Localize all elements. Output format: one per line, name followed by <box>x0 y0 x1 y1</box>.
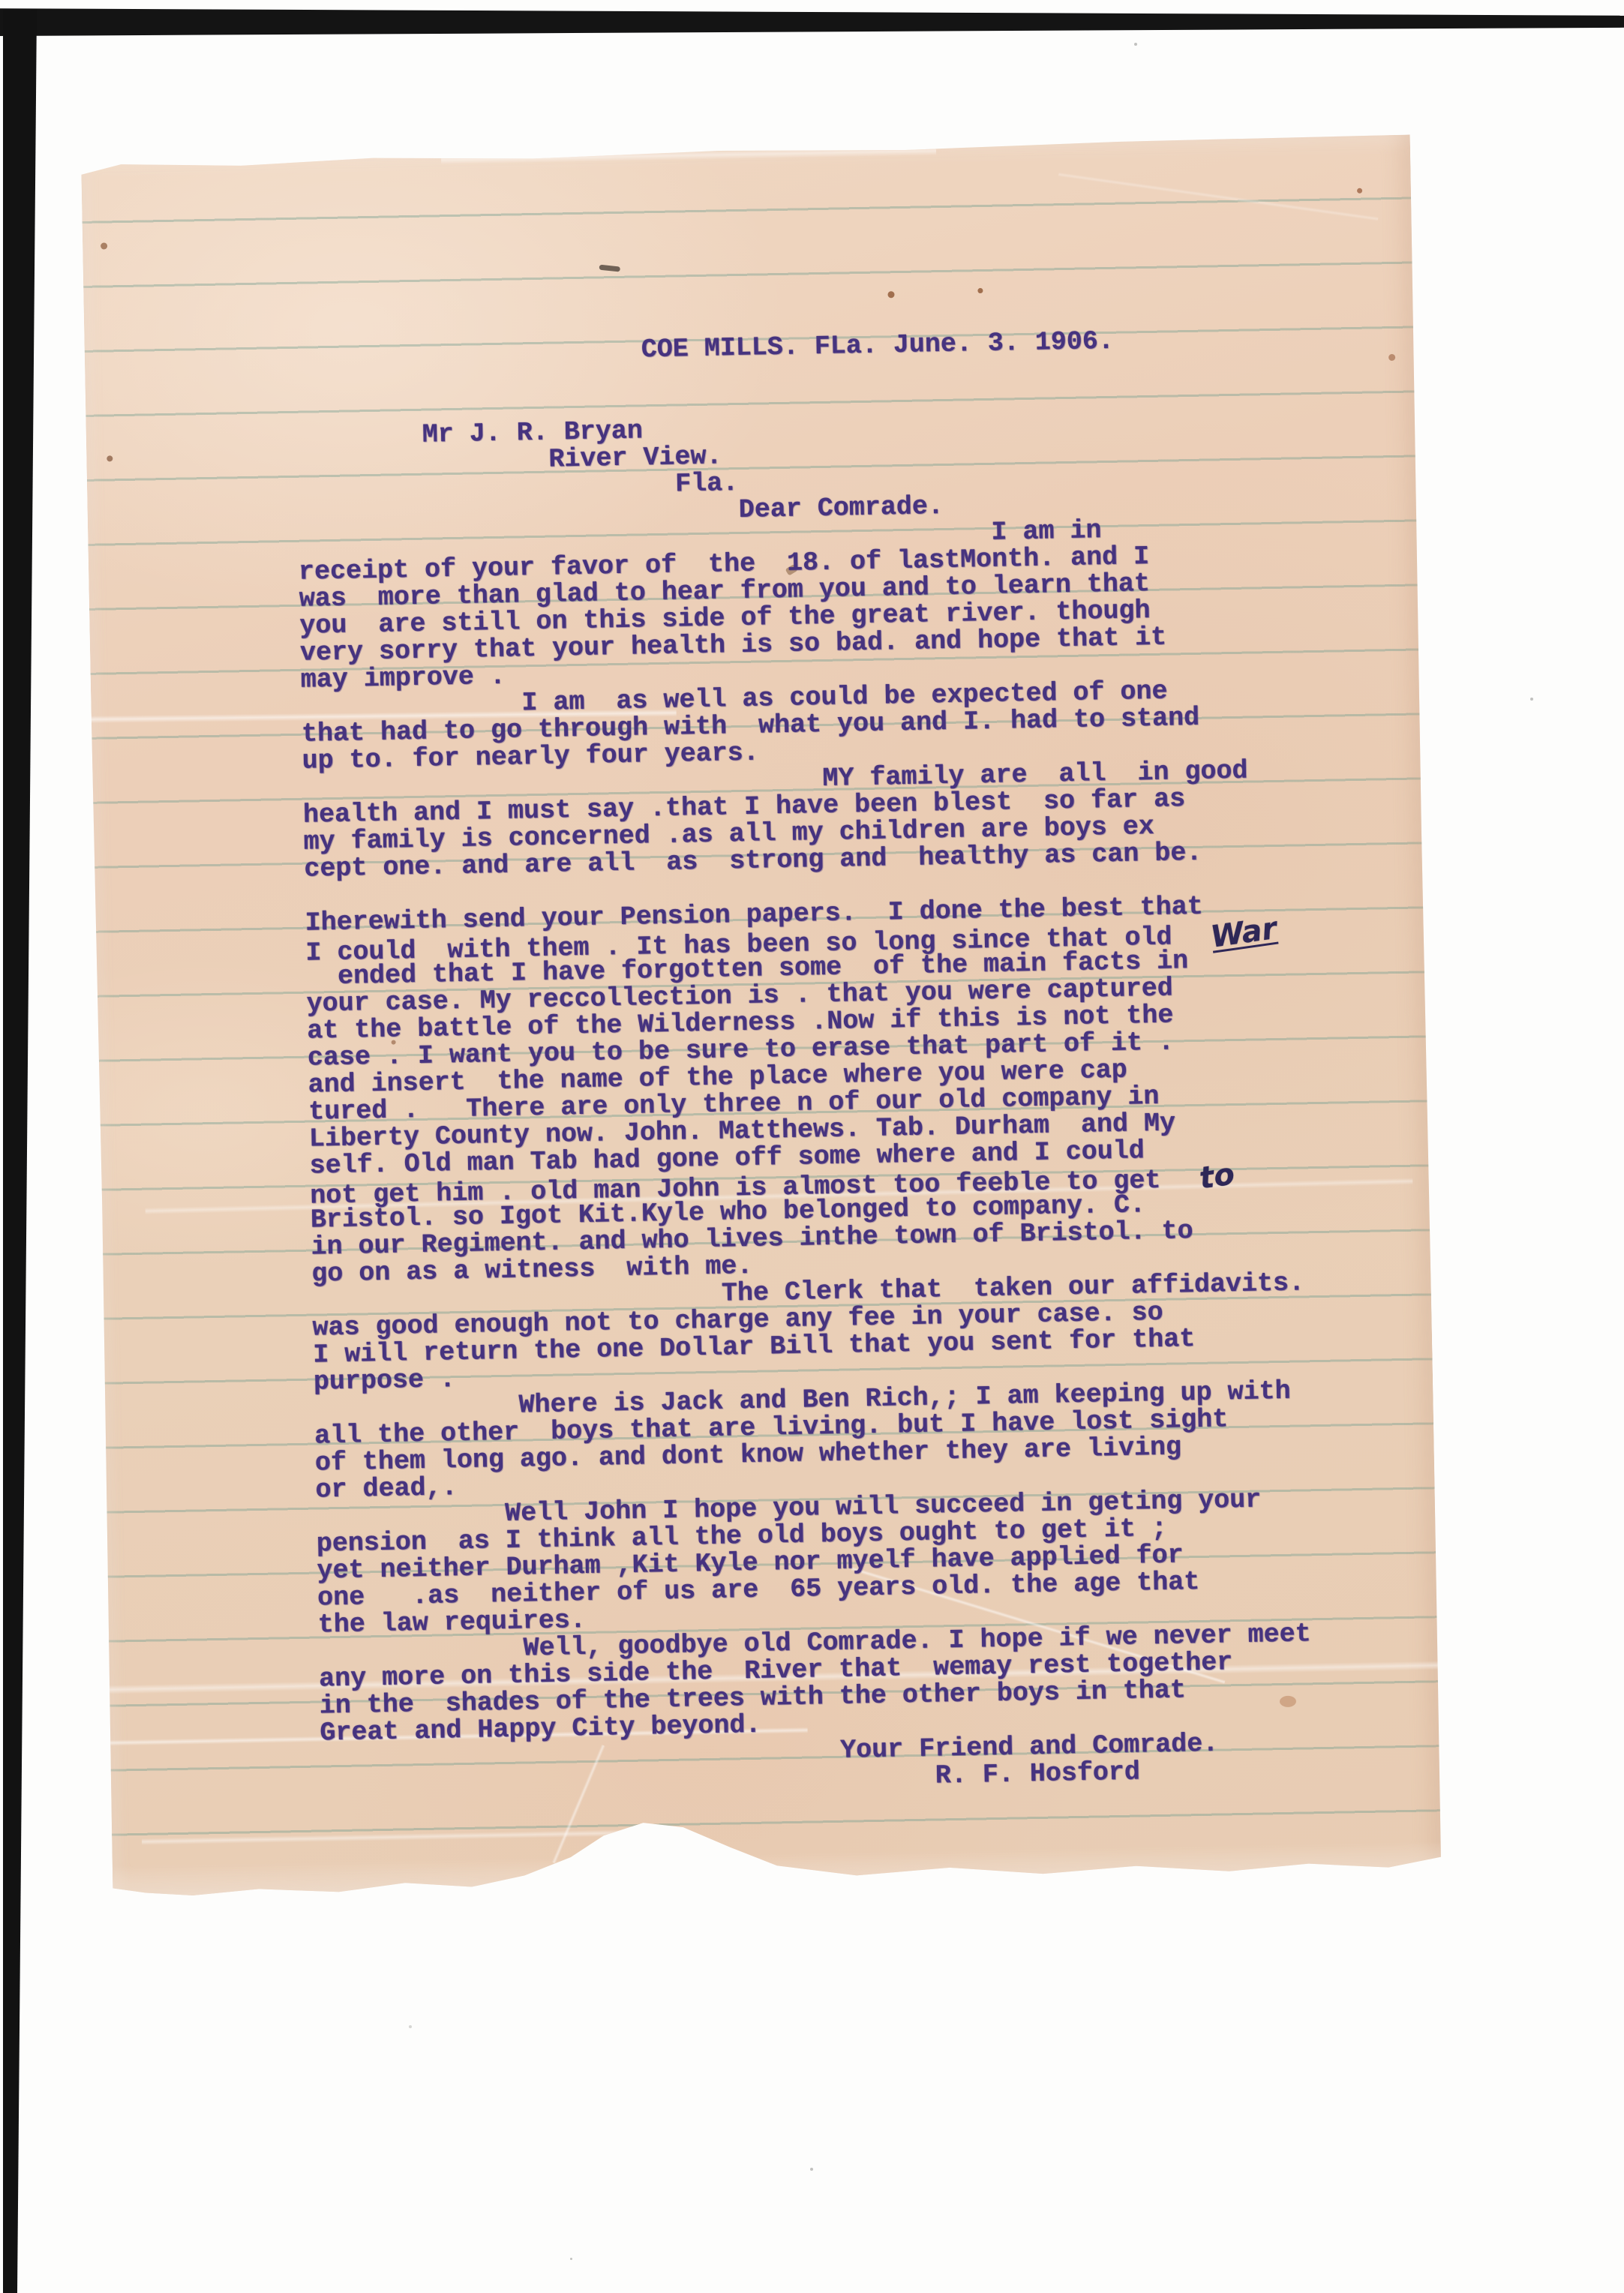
dust-speck <box>570 2258 572 2260</box>
ink-smudge <box>599 265 620 272</box>
paper-crease <box>1058 173 1379 221</box>
handwritten-annotation: to <box>1198 1160 1236 1192</box>
dust-speck <box>409 2025 412 2028</box>
letter-lines: COE MILLS. FLa. June. 3. 1906. Mr J. R. … <box>295 323 1424 1801</box>
rust-spot <box>107 455 113 461</box>
rust-spot <box>977 288 983 293</box>
scanner-edge-left <box>3 9 41 2293</box>
paper-crease <box>142 1829 667 1845</box>
scanner-edge-top <box>0 6 1624 36</box>
rust-spot <box>887 291 894 298</box>
rust-spot <box>101 242 107 249</box>
dust-speck <box>1530 698 1533 701</box>
letter-paper: COE MILLS. FLa. June. 3. 1906. Mr J. R. … <box>81 135 1442 1901</box>
dust-speck <box>810 2168 813 2171</box>
scan-background: COE MILLS. FLa. June. 3. 1906. Mr J. R. … <box>0 0 1624 2293</box>
paper-crease <box>441 146 936 164</box>
rust-spot <box>1357 188 1362 194</box>
dust-speck <box>1134 43 1137 46</box>
